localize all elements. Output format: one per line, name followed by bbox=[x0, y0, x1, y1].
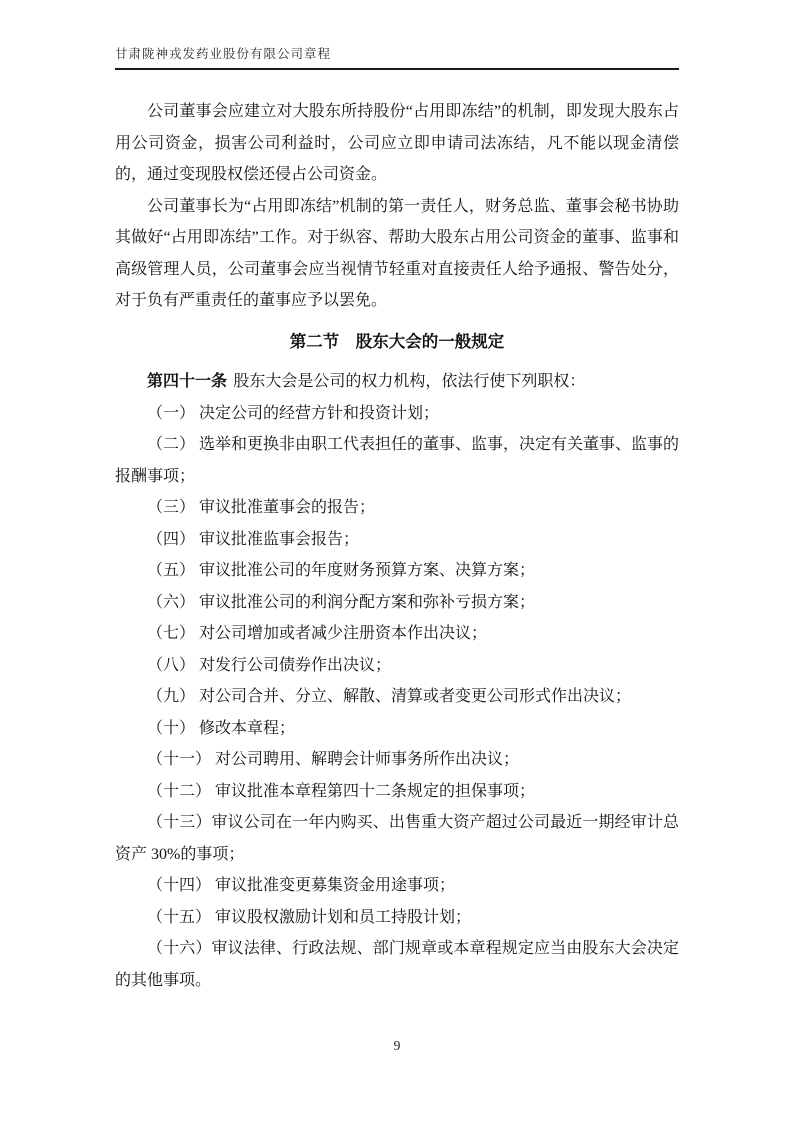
header-title: 甘肃陇神戎发药业股份有限公司章程 bbox=[115, 46, 679, 62]
list-item: （十三）审议公司在一年内购买、出售重大资产超过公司最近一期经审计总资产 30%的… bbox=[115, 807, 679, 870]
article-text: 股东大会是公司的权力机构，依法行使下列职权： bbox=[233, 373, 585, 390]
paragraph: 公司董事长为“占用即冻结”机制的第一责任人，财务总监、董事会秘书协助其做好“占用… bbox=[115, 191, 679, 317]
section-heading: 第二节 股东大会的一般规定 bbox=[115, 326, 679, 358]
document-page: 甘肃陇神戎发药业股份有限公司章程 公司董事会应建立对大股东所持股份“占用即冻结”… bbox=[0, 0, 794, 1122]
list-item: （四） 审议批准监事会报告； bbox=[115, 524, 679, 556]
list-item: （十二） 审议批准本章程第四十二条规定的担保事项； bbox=[115, 776, 679, 808]
list-item: （一） 决定公司的经营方针和投资计划； bbox=[115, 398, 679, 430]
list-item: （八） 对发行公司债券作出决议； bbox=[115, 650, 679, 682]
paragraph: 公司董事会应建立对大股东所持股份“占用即冻结”的机制，即发现大股东占用公司资金，… bbox=[115, 96, 679, 191]
article-paragraph: 第四十一条股东大会是公司的权力机构，依法行使下列职权： bbox=[115, 366, 679, 398]
page-header: 甘肃陇神戎发药业股份有限公司章程 bbox=[115, 0, 679, 70]
page-number: 9 bbox=[0, 1038, 794, 1054]
list-item: （十五） 审议股权激励计划和员工持股计划； bbox=[115, 902, 679, 934]
list-item: （九） 对公司合并、分立、解散、清算或者变更公司形式作出决议； bbox=[115, 681, 679, 713]
list-item: （十四） 审议批准变更募集资金用途事项； bbox=[115, 870, 679, 902]
list-item: （十一） 对公司聘用、解聘会计师事务所作出决议； bbox=[115, 744, 679, 776]
document-body: 公司董事会应建立对大股东所持股份“占用即冻结”的机制，即发现大股东占用公司资金，… bbox=[115, 96, 679, 996]
list-item: （五） 审议批准公司的年度财务预算方案、决算方案； bbox=[115, 555, 679, 587]
list-item: （六） 审议批准公司的利润分配方案和弥补亏损方案； bbox=[115, 587, 679, 619]
list-item: （七） 对公司增加或者减少注册资本作出决议； bbox=[115, 618, 679, 650]
list-item: （十） 修改本章程； bbox=[115, 713, 679, 745]
list-item: （三） 审议批准董事会的报告； bbox=[115, 492, 679, 524]
list-item: （二） 选举和更换非由职工代表担任的董事、监事，决定有关董事、监事的报酬事项； bbox=[115, 429, 679, 492]
list-item: （十六）审议法律、行政法规、部门规章或本章程规定应当由股东大会决定的其他事项。 bbox=[115, 933, 679, 996]
article-number: 第四十一条 bbox=[147, 373, 227, 390]
